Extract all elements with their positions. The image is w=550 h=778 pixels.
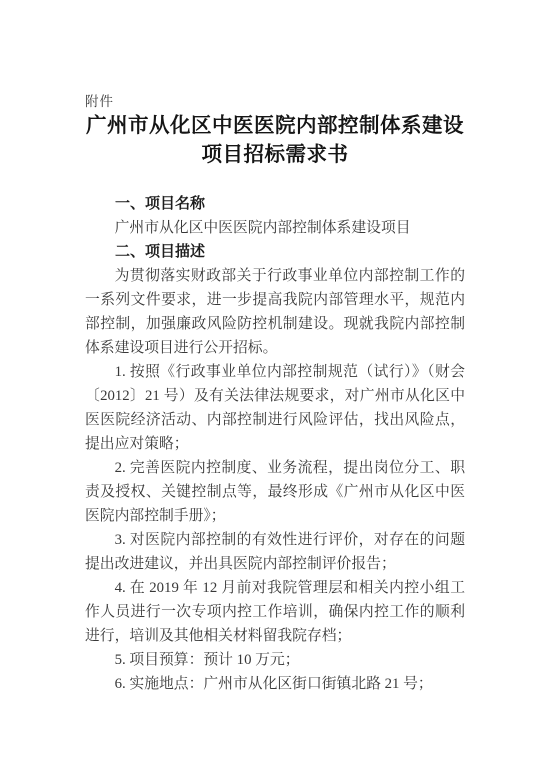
paragraph-item-3: 3. 对医院内部控制的有效性进行评价，对存在的问题提出改进建议，并出具医院内部控… (85, 528, 465, 576)
paragraph-project-name: 广州市从化区中医医院内部控制体系建设项目 (85, 216, 465, 240)
section-heading-project-description: 二、项目描述 (85, 240, 465, 264)
paragraph-item-6-location: 6. 实施地点：广州市从化区街口街镇北路 21 号； (85, 672, 465, 696)
paragraph-intro: 为贯彻落实财政部关于行政事业单位内部控制工作的一系列文件要求，进一步提高我院内部… (85, 264, 465, 360)
document-page: 附件 广州市从化区中医医院内部控制体系建设 项目招标需求书 一、项目名称 广州市… (0, 0, 550, 778)
document-title-line-1: 广州市从化区中医医院内部控制体系建设 (86, 115, 464, 137)
document-body: 一、项目名称 广州市从化区中医医院内部控制体系建设项目 二、项目描述 为贯彻落实… (85, 192, 465, 696)
document-title: 广州市从化区中医医院内部控制体系建设 项目招标需求书 (45, 112, 505, 169)
section-heading-project-name: 一、项目名称 (85, 192, 465, 216)
paragraph-item-4: 4. 在 2019 年 12 月前对我院管理层和相关内控小组工作人员进行一次专项… (85, 576, 465, 648)
paragraph-item-2: 2. 完善医院内控制度、业务流程，提出岗位分工、职责及授权、关键控制点等，最终形… (85, 456, 465, 528)
paragraph-item-1: 1. 按照《行政事业单位内部控制规范（试行）》（财会〔2012〕21 号）及有关… (85, 360, 465, 456)
attachment-label: 附件 (85, 94, 114, 110)
document-title-line-2: 项目招标需求书 (202, 144, 349, 166)
paragraph-item-5-budget: 5. 项目预算：预计 10 万元； (85, 648, 465, 672)
